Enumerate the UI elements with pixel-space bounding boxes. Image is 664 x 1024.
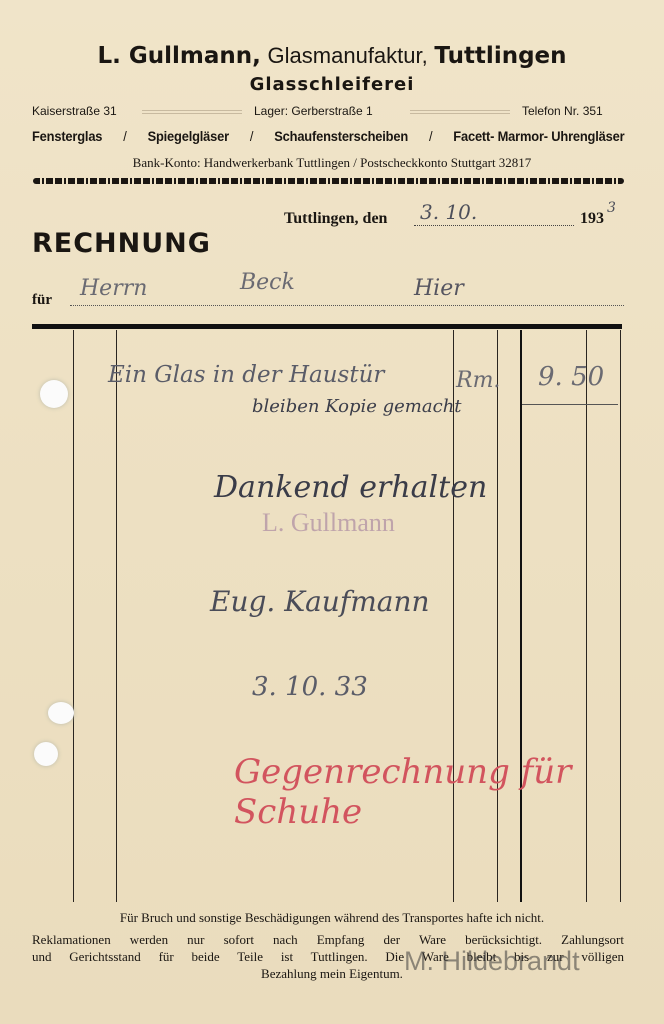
warehouse-address: Lager: Gerberstraße 1 [254,104,373,118]
company-name: L. Gullmann, [97,43,260,69]
total-underline [522,404,618,405]
divider [142,110,242,114]
item-description: Ein Glas in der Haustür [108,362,384,388]
recipient-salutation: Herrn [80,276,147,301]
product-item: Spiegelgläser [148,128,229,144]
invoice-title: RECHNUNG [32,228,211,259]
separator: / [250,128,253,144]
separator: / [123,128,126,144]
company-city: Tuttlingen [434,43,566,69]
product-item: Facett- Marmor- Uhrengläser [453,128,624,144]
item-description-line2: bleiben Kopie gemacht [252,396,462,417]
company-trade: Glasmanufaktur, [268,43,428,68]
received-note: Dankend erhalten [214,470,487,505]
watermark: M. Hildebrandt [404,946,580,977]
table-top-rule [32,324,622,329]
product-list: Fensterglas / Spiegelgläser / Schaufenst… [32,128,624,144]
recipient-name: Beck [240,270,295,295]
recipient-line [70,305,624,306]
punch-hole [34,742,58,766]
punch-hole [48,702,74,724]
footer-liability: Für Bruch und sonstige Beschädigungen wä… [0,910,664,926]
phone-number: Telefon Nr. 351 [522,104,603,118]
separator: / [429,128,432,144]
date-field-line [414,225,574,226]
recipient-place: Hier [414,276,464,301]
item-amount: 9. 50 [538,362,604,392]
date-handwritten: 3. 10. [420,200,477,224]
red-annotation: Gegenrechnung für Schuhe [234,752,664,832]
signature: Eug. Kaufmann [210,585,430,618]
divider [410,110,510,114]
company-stamp: L. Gullmann [262,508,395,538]
column-rule [73,330,74,902]
year-printed: 193 [580,210,604,228]
item-unit: Rm. [456,368,500,393]
company-subtitle: Glasschleiferei [0,74,664,95]
paid-date: 3. 10. 33 [252,672,368,702]
year-handwritten: 3 [607,200,616,216]
product-item: Schaufensterscheiben [274,128,408,144]
product-item: Fensterglas [32,128,102,144]
company-heading: L. Gullmann, Glasmanufaktur, Tuttlingen [0,42,664,70]
bank-details: Bank-Konto: Handwerkerbank Tuttlingen / … [0,155,664,171]
for-label: für [32,292,52,309]
place-date-label: Tuttlingen, den [284,210,387,228]
street-address: Kaiserstraße 31 [32,104,117,118]
punch-hole [40,380,68,408]
decorative-dotted-rule [33,178,624,184]
column-rule [116,330,117,902]
